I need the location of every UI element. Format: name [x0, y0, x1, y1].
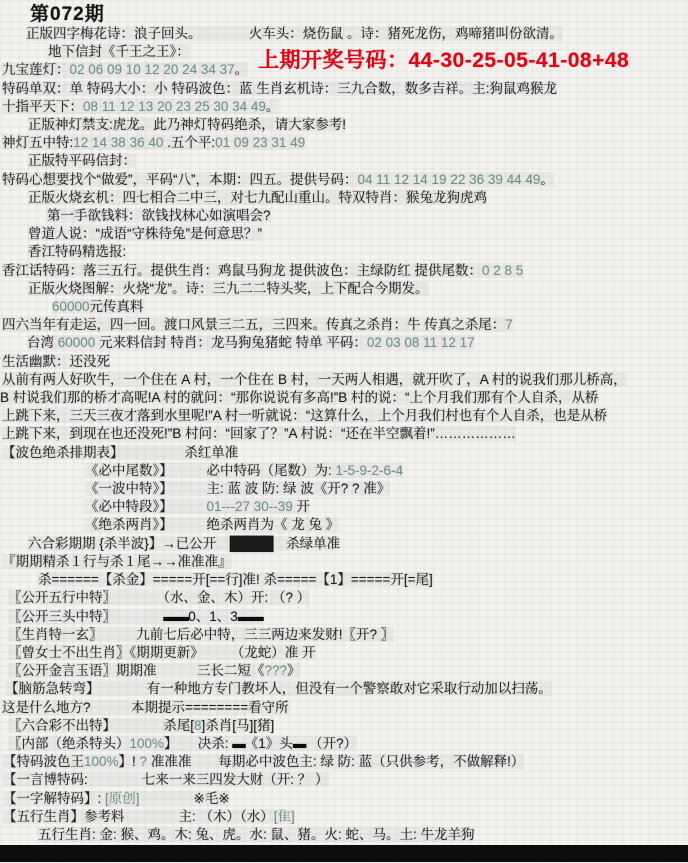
text-segment: （开?）	[305, 736, 357, 751]
text-segment	[117, 445, 185, 460]
text-line: 【一字解特码】: [原创] ※毛※	[0, 790, 688, 808]
document-flow: 第072期 正版四字梅花诗：浪子回头。 火车头：烧伤鼠 。诗：猪死龙伤，鸡啼猪叫…	[0, 4, 688, 844]
text-line: 《绝杀两肖》】 绝杀两肖为《 龙 兔 》	[0, 516, 688, 534]
text-segment: 决杀:	[171, 736, 233, 751]
text-segment: 0、1、3	[188, 609, 238, 624]
text-segment: 绝杀两肖为《 龙 兔 》	[166, 517, 339, 532]
highlight-numbers: ???	[265, 663, 288, 678]
black-bars: ▬	[293, 736, 306, 751]
text-line: 【脑筋急转弯】 有一种地方专门教坏人，但没有一个警察敢对它采取行动加以扫荡。	[0, 680, 688, 698]
text-segment: 七来一来三四发大财（开: ？ ）	[88, 772, 329, 787]
text-line: 特码心想要找个“做爱”，平码“八”，本期：四五。提供号码：04 11 12 14…	[0, 171, 688, 189]
text-segment: 。	[266, 99, 280, 114]
text-segment: 〖曾女士不出生肖〗《期期更新》	[8, 645, 197, 660]
text-line: 上跳下来，到现在也还没死!”B 村问：“回家了？”A 村说：“还在半空飘着!”……	[0, 425, 688, 443]
text-segment: 四六当年有走运，四一回。渡口风景三二五，三四来。传真之杀肖：牛 传真之杀尾：	[2, 317, 505, 332]
highlight-numbers: 1-5-9-2-6-4	[336, 463, 404, 478]
text-segment: 《一波中特》】	[85, 481, 166, 496]
text-line: 正版火烧玄机：四七相合二中三，对七九配山重山。特双特肖：猴兔龙狗虎鸡	[0, 189, 688, 207]
text-segment: 上跳下来，到现在也还没死!”B 村问：“回家了？”A 村说：“还在半空飘着!”……	[2, 426, 516, 441]
text-segment	[166, 499, 207, 514]
text-line: 60000元传真料	[0, 298, 688, 316]
text-segment: .五个平:	[163, 135, 215, 150]
highlight-numbers: 8	[194, 718, 202, 733]
text-line: 香江话特码：落三五行。提供生肖：鸡鼠马狗龙 提供波色：主绿防红 提供尾数：0 2…	[0, 262, 688, 280]
text-segment: 杀尾[	[109, 718, 194, 733]
text-line: 『期期精杀１行与杀１尾→→准准准』	[0, 553, 688, 571]
text-line: 〖曾女士不出生肖〗《期期更新》 （龙蛇）准 开	[0, 644, 688, 662]
highlight-numbers: 08 11 12 13 20 23 25 30 34 49	[83, 99, 266, 114]
text-segment: 每期必中波色主: 绿 防: 蓝（只供参考，不做解释!）	[191, 754, 524, 769]
text-segment: 主: （木）（水）	[125, 809, 274, 824]
text-segment: 曾道人说：“成语“守株待兔”是何意思？”	[28, 226, 262, 241]
highlight-numbers: 02 06 09 10 12 20 24 34 37	[70, 62, 235, 77]
text-line: 神灯五中特:12 14 38 36 40 .五个平:01 09 23 31 49	[0, 134, 688, 152]
text-segment: 〖公开五行中特〗	[8, 590, 109, 605]
text-segment: 有一种地方专门教坏人，但没有一个警察敢对它采取行动加以扫荡。	[93, 681, 552, 696]
text-segment: 〖生肖特一玄〗	[8, 627, 96, 642]
text-line: 六合彩期期 {杀半波}】→已公开 █████ 杀绿单准	[0, 535, 688, 553]
text-segment: 地下信封《千王之王》：	[48, 44, 190, 59]
text-segment: 【一言博特码:	[3, 772, 88, 787]
lottery-tipsheet-page: 第072期 正版四字梅花诗：浪子回头。 火车头：烧伤鼠 。诗：猪死龙伤，鸡啼猪叫…	[0, 0, 688, 863]
text-line: 香江特码精选报:	[0, 243, 688, 261]
highlight-numbers: 60000	[52, 299, 90, 314]
text-segment: 上跳下来，三天三夜才落到水里呢!”A 村一听就说：“这算什么，上个月我们村也有个…	[2, 408, 607, 423]
text-line: 四六当年有走运，四一回。渡口风景三二五，三四来。传真之杀肖：牛 传真之杀尾：7	[0, 316, 688, 334]
text-line: 《必中尾数》】 必中特码（尾数）为: 1-5-9-2-6-4	[0, 462, 688, 480]
text-segment: 】!	[119, 754, 140, 769]
text-segment: B 村说我们那的桥才高呢!A 村的就问：“那你说说有多高!”B 村的说：“上个月…	[0, 390, 599, 405]
text-segment: 《绝杀两肖》】	[85, 517, 166, 532]
text-segment: 〖六合彩不出特】	[8, 718, 109, 733]
text-line: 上跳下来，三天三夜才落到水里呢!”A 村一听就说：“这算什么，上个月我们村也有个…	[0, 407, 688, 425]
text-segment: 【五行生肖】参考料	[3, 809, 125, 824]
text-line: 从前有两人好吹牛，一个住在 A 村，一个住在 B 村，一天两人相遇，就开吹了，A…	[0, 371, 688, 389]
text-segment: 本期提示========看守所	[91, 700, 289, 715]
text-segment: 这是什么地方?	[2, 700, 91, 715]
text-segment: 【特码波色王	[3, 754, 84, 769]
text-segment: 正版火烧图解：火烧“龙”。诗：三九二二特头奖，上下配合今期发。	[28, 281, 429, 296]
text-segment: 九宝莲灯：	[2, 62, 70, 77]
prev-draw-number: 上期开奖号码：44-30-25-05-41-08+48	[258, 44, 629, 74]
text-line: 生活幽默：还没死	[0, 353, 688, 371]
text-line: B 村说我们那的桥才高呢!A 村的就问：“那你说说有多高!”B 村的说：“上个月…	[0, 389, 688, 407]
text-line: 〖生肖特一玄〗 九前七后必中特，三三两边来发财!〖开? 〗	[0, 626, 688, 644]
highlight-numbers: ?	[140, 754, 148, 769]
redacted-box: █████	[230, 536, 273, 551]
text-line: 〖公开三头中特〗 ▬▬0、1、3▬▬	[0, 608, 688, 626]
highlight-numbers: 02 03 08 11 12 17	[367, 335, 475, 350]
text-segment: 〖公开金言玉语〗期期准	[8, 663, 157, 678]
highlight-numbers: 12 14 38 36 40	[73, 135, 163, 150]
text-segment: 正版神灯禁支:虎龙。此乃神灯特码绝杀，请大家参考!	[28, 117, 346, 132]
text-segment: 香江话特码：落三五行。提供生肖：鸡鼠马狗龙 提供波色：主绿防红 提供尾数：	[2, 263, 482, 278]
text-segment: 《1》头	[245, 736, 293, 751]
text-segment: 九前七后必中特，三三两边来发财!〖开? 〗	[96, 627, 395, 642]
text-line: 〖公开五行中特〗 （水、金、木）开: （? ）	[0, 589, 688, 607]
highlight-numbers: 60000	[58, 335, 96, 350]
text-segment: 必中特码（尾数）为:	[166, 463, 336, 478]
highlight-numbers: 04 11 12 14 19 22 36 39 44 49	[357, 172, 540, 187]
text-line: 十指平天下：08 11 12 13 20 23 25 30 34 49。	[0, 98, 688, 116]
text-line: 正版神灯禁支:虎龙。此乃神灯特码绝杀，请大家参考!	[0, 116, 688, 134]
text-segment: 第一手欲钱料：欲钱找林心如演唱会?	[47, 208, 271, 223]
highlight-numbers: 01 09 23 31 49	[215, 135, 305, 150]
text-segment: 元传真料	[90, 299, 144, 314]
text-segment: 特码单双：单 特码大小：小 特码波色：蓝 生肖玄机诗：三九合数，数多吉祥。主:狗…	[2, 81, 557, 96]
text-segment: 《必中特段》】	[85, 499, 166, 514]
highlight-numbers: 7	[505, 317, 513, 332]
text-segment: 主: 蓝 波 防: 绿 波《开? ? 准》	[166, 481, 390, 496]
text-line: 杀======【杀金】=====开[==行]准! 杀=====【1】=====开…	[0, 571, 688, 589]
text-line: 《一波中特》】 主: 蓝 波 防: 绿 波《开? ? 准》	[0, 480, 688, 498]
text-segment: 特码心想要找个“做爱”，平码“八”，本期：四五。提供号码：	[2, 172, 357, 187]
text-line: 曾道人说：“成语“守株待兔”是何意思？”	[0, 225, 688, 243]
text-segment: ]杀肖[马][猪]	[202, 718, 275, 733]
text-line: 〖六合彩不出特】 杀尾[8]杀肖[马][猪]	[0, 717, 688, 735]
text-segment: 台湾	[27, 335, 58, 350]
text-segment: 〖内部（绝杀特头）	[8, 736, 130, 751]
text-segment: 《必中尾数》】	[85, 463, 166, 478]
text-segment: 正版火烧玄机：四七相合二中三，对七九配山重山。特双特肖：猴兔龙狗虎鸡	[28, 190, 487, 205]
text-segment: 三长二短《	[157, 663, 265, 678]
text-segment: 杀红单准	[184, 445, 238, 460]
text-segment: 生活幽默：还没死	[2, 354, 110, 369]
text-segment: 正版特平码信封：	[28, 153, 136, 168]
text-segment: （水、金、木）开: （? ）	[109, 590, 310, 605]
text-segment: 『期期精杀１行与杀１尾→→准准准』	[2, 554, 232, 569]
text-segment: 。	[235, 62, 249, 77]
text-line: 正版特平码信封：	[0, 152, 688, 170]
text-segment: 正版四字梅花诗：浪子回头。 火车头：烧伤鼠 。诗：猪死龙伤，鸡啼猪叫份欲清。	[26, 26, 563, 41]
black-bars: ▬▬	[163, 609, 188, 624]
issue-title: 第072期	[0, 4, 688, 25]
text-segment: 。	[540, 172, 554, 187]
text-line: 【一言博特码: 七来一来三四发大财（开: ？ ）	[0, 771, 688, 789]
text-line: 《必中特段》】 01---27 30--39 开	[0, 498, 688, 516]
text-segment: 【波色绝杀排期表】	[2, 445, 117, 460]
highlight-numbers: 100%	[130, 736, 165, 751]
text-segment: ※毛※	[140, 791, 230, 806]
highlight-numbers: 0 2 8 5	[482, 263, 523, 278]
text-segment: 准准准	[147, 754, 191, 769]
text-line: 这是什么地方? 本期提示========看守所	[0, 699, 688, 717]
text-line: 正版火烧图解：火烧“龙”。诗：三九二二特头奖，上下配合今期发。	[0, 280, 688, 298]
text-segment: 》	[287, 663, 301, 678]
text-segment: 六合彩期期 {杀半波}】→已公开	[28, 536, 216, 551]
text-line: 【五行生肖】参考料 主: （木）（水）[隹]	[0, 808, 688, 826]
text-line: 〖内部（绝杀特头）100%】 决杀: ▬《1》头▬ （开?）	[0, 735, 688, 753]
document-lines: 正版四字梅花诗：浪子回头。 火车头：烧伤鼠 。诗：猪死龙伤，鸡啼猪叫份欲清。地下…	[0, 25, 688, 844]
text-line: 特码单双：单 特码大小：小 特码波色：蓝 生肖玄机诗：三九合数，数多吉祥。主:狗…	[0, 80, 688, 98]
text-segment	[109, 609, 163, 624]
text-segment: 】	[164, 736, 171, 751]
text-line: 第一手欲钱料：欲钱找林心如演唱会?	[0, 207, 688, 225]
text-segment: 【一字解特码】:	[3, 791, 105, 806]
text-line: 【特码波色王100%】! ? 准准准 每期必中波色主: 绿 防: 蓝（只供参考，…	[0, 753, 688, 771]
text-segment: 十指平天下：	[2, 99, 83, 114]
text-line: 台湾 60000 元来料信封 特肖：龙马狗兔猪蛇 特单 平码：02 03 08 …	[0, 334, 688, 352]
text-segment: 杀绿单准	[273, 536, 341, 551]
text-segment: 开	[293, 499, 310, 514]
highlight-numbers: [隹]	[274, 809, 295, 824]
text-segment: 从前有两人好吹牛，一个住在 A 村，一个住在 B 村，一天两人相遇，就开吹了，A…	[2, 372, 627, 387]
text-line: 【波色绝杀排期表】 杀红单准	[0, 444, 688, 462]
text-segment: 【脑筋急转弯】	[5, 681, 93, 696]
text-segment: 杀======【杀金】=====开[==行]准! 杀=====【1】=====开…	[38, 572, 433, 587]
text-segment: 五行生肖: 金: 猴、鸡。木: 兔、虎。水: 鼠、猪。火: 蛇、马。土: 牛龙羊…	[38, 827, 475, 842]
highlight-numbers: [原创]	[105, 791, 140, 806]
highlight-numbers: 100%	[84, 754, 119, 769]
text-segment: 香江特码精选报:	[28, 244, 126, 259]
text-line: 正版四字梅花诗：浪子回头。 火车头：烧伤鼠 。诗：猪死龙伤，鸡啼猪叫份欲清。	[0, 25, 688, 43]
black-bars: ▬▬	[238, 609, 263, 624]
text-line: 〖公开金言玉语〗期期准 三长二短《???》	[0, 662, 688, 680]
text-line: 五行生肖: 金: 猴、鸡。木: 兔、虎。水: 鼠、猪。火: 蛇、马。土: 牛龙羊…	[0, 826, 688, 844]
text-segment: 神灯五中特:	[2, 135, 73, 150]
highlight-numbers: 01---27 30--39	[207, 499, 293, 514]
text-segment: 元来料信封 特肖：龙马狗兔猪蛇 特单 平码：	[95, 335, 367, 350]
text-segment: （龙蛇）准 开	[197, 645, 316, 660]
text-segment	[216, 536, 230, 551]
bottom-black-bar	[0, 845, 688, 862]
text-segment: 〖公开三头中特〗	[8, 609, 109, 624]
black-bars: ▬	[232, 736, 245, 751]
